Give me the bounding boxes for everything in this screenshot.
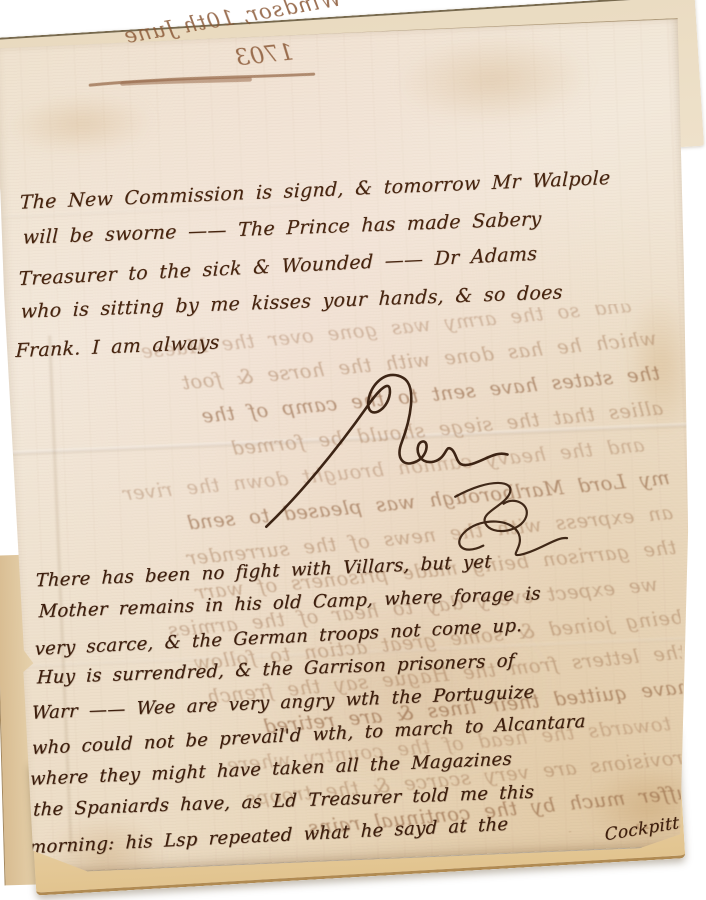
signature-flourish	[253, 346, 572, 574]
letter-paragraph-1: The New Commission is signd, & tomorrow …	[15, 157, 684, 370]
letter-paragraph-2: There has been no fight with Villars, bu…	[28, 536, 706, 862]
letter-page: and so the army was gone over the Maese …	[0, 18, 706, 874]
scanned-letter-photo: and so the army was gone over the Maese …	[0, 0, 706, 900]
paper-stain	[392, 31, 596, 129]
